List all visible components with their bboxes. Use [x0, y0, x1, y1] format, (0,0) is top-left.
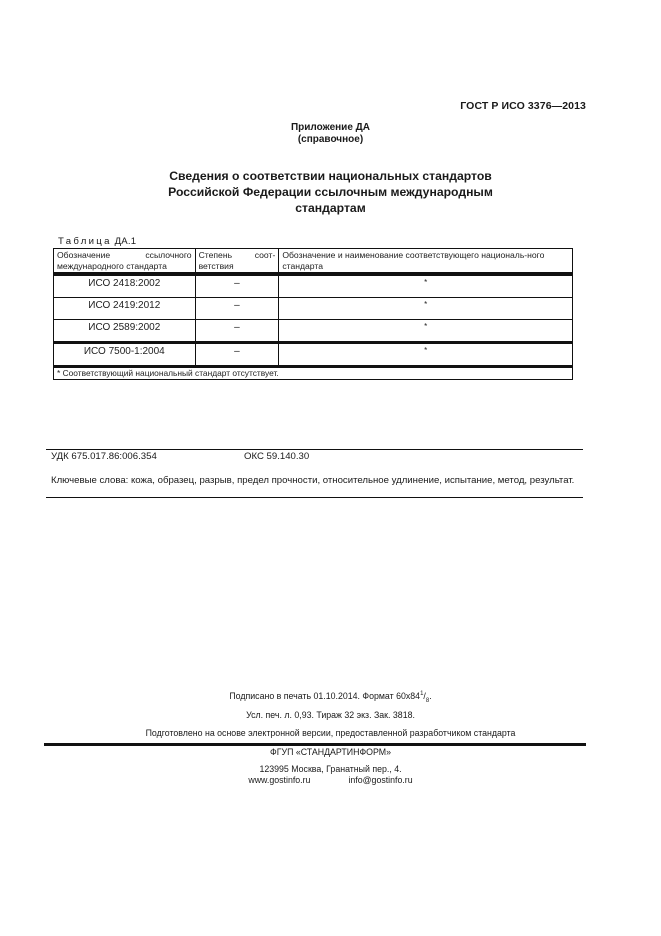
standards-table: Обозначение ссылочного международного ст… — [53, 248, 573, 380]
table-footnote: * Соответствующий национальный стандарт … — [54, 367, 573, 380]
imprint-signed: Подписано в печать 01.10.2014. Формат 60… — [0, 691, 661, 704]
table-row: ИСО 7500-1:2004 – * — [54, 343, 573, 367]
column-header-degree: Степень соот-ветствия — [195, 249, 279, 275]
cell-national: * — [279, 343, 573, 367]
format-numerator: 1 — [420, 691, 423, 697]
cell-degree: – — [195, 320, 279, 343]
cell-standard: ИСО 2419:2012 — [54, 298, 196, 320]
imprint-publisher: ФГУП «СТАНДАРТИНФОРМ» — [0, 747, 661, 757]
cell-national: * — [279, 298, 573, 320]
column-header-national-standard: Обозначение и наименование соответствующ… — [279, 249, 573, 275]
divider-publisher — [44, 743, 586, 746]
annex-heading: Сведения о соответствии национальных ста… — [100, 168, 561, 216]
cell-standard: ИСО 2418:2002 — [54, 274, 196, 298]
imprint-address: 123995 Москва, Гранатный пер., 4. — [0, 764, 661, 774]
email-link[interactable]: info@gostinfo.ru — [348, 775, 412, 785]
annex-heading-line: Сведения о соответствии национальных ста… — [100, 168, 561, 184]
cell-degree: – — [195, 298, 279, 320]
imprint-signed-text: Подписано в печать 01.10.2014. Формат 60… — [229, 691, 420, 701]
divider-bottom — [46, 497, 583, 498]
format-end: . — [429, 691, 431, 701]
annex-heading-line: стандартам — [100, 200, 561, 216]
table-row: ИСО 2419:2012 – * — [54, 298, 573, 320]
table-caption: Таблица ДА.1 — [58, 236, 136, 247]
table-caption-word: Таблица — [58, 236, 112, 247]
imprint-contacts: www.gostinfo.ruinfo@gostinfo.ru — [0, 775, 661, 785]
cell-degree: – — [195, 274, 279, 298]
cell-standard: ИСО 2589:2002 — [54, 320, 196, 343]
annex-heading-line: Российской Федерации ссылочным междунаро… — [100, 184, 561, 200]
keywords: Ключевые слова: кожа, образец, разрыв, п… — [51, 475, 578, 487]
cell-standard: ИСО 7500-1:2004 — [54, 343, 196, 367]
annex-title: Приложение ДА — [0, 122, 661, 134]
cell-national: * — [279, 320, 573, 343]
table-footnote-row: * Соответствующий национальный стандарт … — [54, 367, 573, 380]
udk-code: УДК 675.017.86:006.354 — [51, 451, 157, 462]
column-header-intl-standard: Обозначение ссылочного международного ст… — [54, 249, 196, 275]
oks-code: ОКС 59.140.30 — [244, 451, 309, 462]
website-link[interactable]: www.gostinfo.ru — [248, 775, 310, 785]
standard-number: ГОСТ Р ИСО 3376—2013 — [430, 100, 586, 112]
table-row: ИСО 2418:2002 – * — [54, 274, 573, 298]
cell-degree: – — [195, 343, 279, 367]
cell-national: * — [279, 274, 573, 298]
table-row: ИСО 2589:2002 – * — [54, 320, 573, 343]
annex-subtitle: (справочное) — [0, 134, 661, 146]
divider-top — [46, 449, 583, 450]
imprint-print-info: Усл. печ. л. 0,93. Тираж 32 экз. Зак. 38… — [0, 710, 661, 720]
table-header-row: Обозначение ссылочного международного ст… — [54, 249, 573, 275]
table-caption-id: ДА.1 — [115, 236, 137, 247]
imprint-prepared: Подготовлено на основе электронной верси… — [0, 728, 661, 738]
